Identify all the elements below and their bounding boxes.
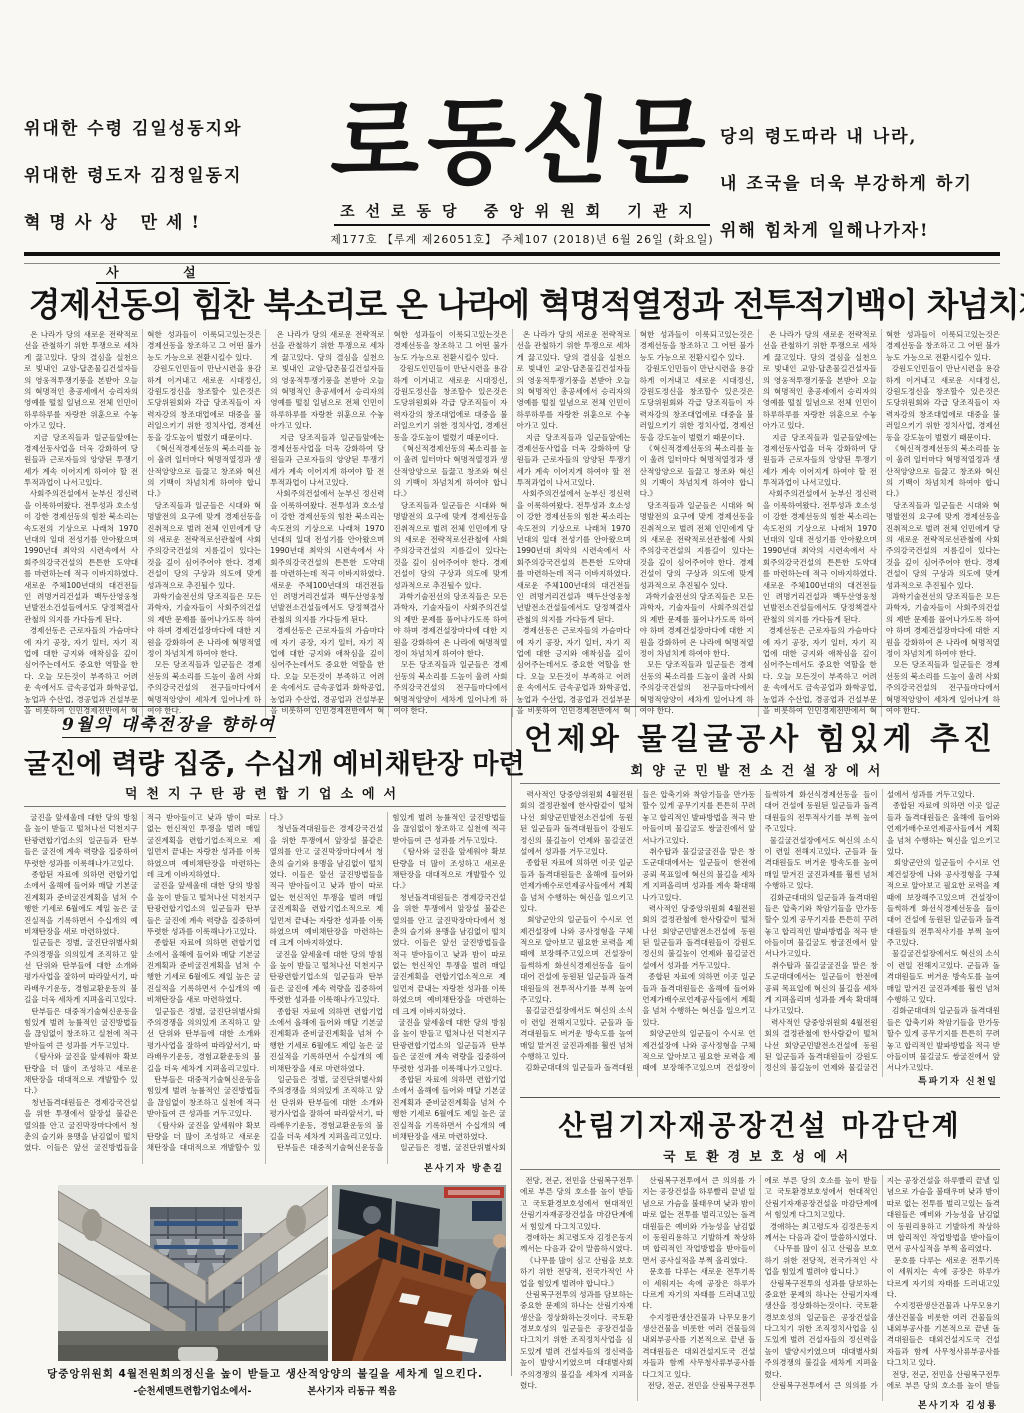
coal-byline: 본사기자 방춘길 [416, 1160, 504, 1174]
dam-subhead: 회양군민발전소건설장에서 [520, 760, 1000, 784]
left-slogan-line2: 위대한 령도자 김정일동지 [24, 153, 324, 200]
control-room-photo [332, 1185, 506, 1361]
masthead: 위대한 수령 김일성동지와 위대한 령도자 김정일동지 혁명사상 만세! 로동신… [24, 92, 1000, 254]
right-slogan-line1: 당의 령도따라 내 나라, [720, 114, 1000, 161]
right-slogan-line2: 내 조국을 더욱 부강하게 하기 [720, 161, 1000, 208]
coal-subhead: 덕천지구탄광련합기업소에서 [24, 783, 506, 807]
photo-caption-credits: -순천세멘트련합기업소에서- 본사기자 리동규 찍음 [24, 1383, 506, 1397]
coal-article: 9월의 대축전장을 향하여 굴진에 력량 집중, 수십개 예비채탄장 마련 덕천… [24, 710, 506, 1176]
cement-plant-photo [58, 1185, 328, 1361]
right-slogan-line3: 위해 힘차게 일해나가자! [720, 208, 1000, 255]
forestry-byline: 본사기자 김성룡 [910, 1397, 998, 1411]
section-divider [24, 706, 1000, 707]
coal-kicker: 9월의 대축전장을 향하여 [62, 710, 276, 738]
forestry-article: 산림기자재공장건설 마감단계 국토환경보호성에서 전당, 전군, 전민을 산림복… [520, 1104, 1000, 1413]
photo-location: -순천세멘트련합기업소에서- [133, 1383, 251, 1397]
editorial-label: 사 설 [96, 262, 230, 284]
right-slogan: 당의 령도따라 내 나라, 내 조국을 더욱 부강하게 하기 위해 힘차게 일해… [720, 114, 1000, 254]
dam-byline: 특파기자 신천일 [910, 1073, 998, 1087]
lower-right-section: 언제와 물길굴공사 힘있게 추진 회양군민발전소건설장에서 력사적인 당중앙위원… [520, 710, 1000, 1413]
dam-article: 언제와 물길굴공사 힘있게 추진 회양군민발전소건설장에서 력사적인 당중앙위원… [520, 714, 1000, 1089]
dam-body: 력사적인 당중앙위원회 4월전원회의 결정관철에 한사람같이 떨쳐나선 회양군민… [520, 789, 1000, 1077]
forestry-subhead: 국토환경보호성에서 [520, 1146, 1000, 1170]
organ-line: 조선로동당 중앙위원회 기관지 [334, 196, 710, 226]
photo-caption: 당중앙위원회 4월전원회의정신을 높이 받들고 생산적앙양의 불길을 세차게 일… [24, 1366, 506, 1381]
forestry-headline: 산림기자재공장건설 마감단계 [520, 1104, 1000, 1144]
masthead-center: 로동신문 조선로동당 중앙위원회 기관지 제177호 【루계 제26051호】 … [324, 92, 720, 254]
newspaper-page: 위대한 수령 김일성동지와 위대한 령도자 김정일동지 혁명사상 만세! 로동신… [0, 0, 1024, 1413]
paper-title: 로동신문 [320, 91, 725, 193]
left-slogan-line3: 혁명사상 만세! [24, 200, 324, 247]
left-slogan: 위대한 수령 김일성동지와 위대한 령도자 김정일동지 혁명사상 만세! [24, 106, 324, 254]
dam-headline: 언제와 물길굴공사 힘있게 추진 [520, 714, 1000, 758]
editorial-body: 온 나라가 당의 새로운 전략적로선을 관철하기 위한 투쟁으로 세차게 끓고있… [24, 329, 1000, 717]
left-slogan-line1: 위대한 수령 김일성동지와 [24, 106, 324, 153]
photo-credit: 본사기자 리동규 찍음 [307, 1383, 396, 1397]
forestry-body: 전당, 전군, 전민을 산림복구전투에로 부른 당의 호소를 높이 받들고 국토… [520, 1175, 1000, 1401]
column-divider [511, 708, 512, 1376]
editorial-headline: 경제선동의 힘찬 북소리로 온 나라에 혁명적열정과 전투적기백이 차넘치게 하… [29, 287, 995, 323]
photo-row [58, 1185, 506, 1361]
article-divider [520, 1097, 1000, 1098]
editorial-article: 사 설 경제선동의 힘찬 북소리로 온 나라에 혁명적열정과 전투적기백이 차넘… [24, 262, 1000, 717]
lower-left-section: 9월의 대축전장을 향하여 굴진에 력량 집중, 수십개 예비채탄장 마련 덕천… [24, 710, 506, 1397]
coal-body: 굴진을 앞세울데 대한 당의 방침을 높이 받들고 떨쳐나선 덕천지구탄광련합기… [24, 812, 506, 1164]
issue-line: 제177호 【루계 제26051호】 주체107 (2018)년 6월 26일 … [324, 231, 720, 247]
coal-headline: 굴진에 력량 집중, 수십개 예비채탄장 마련 [24, 742, 506, 781]
